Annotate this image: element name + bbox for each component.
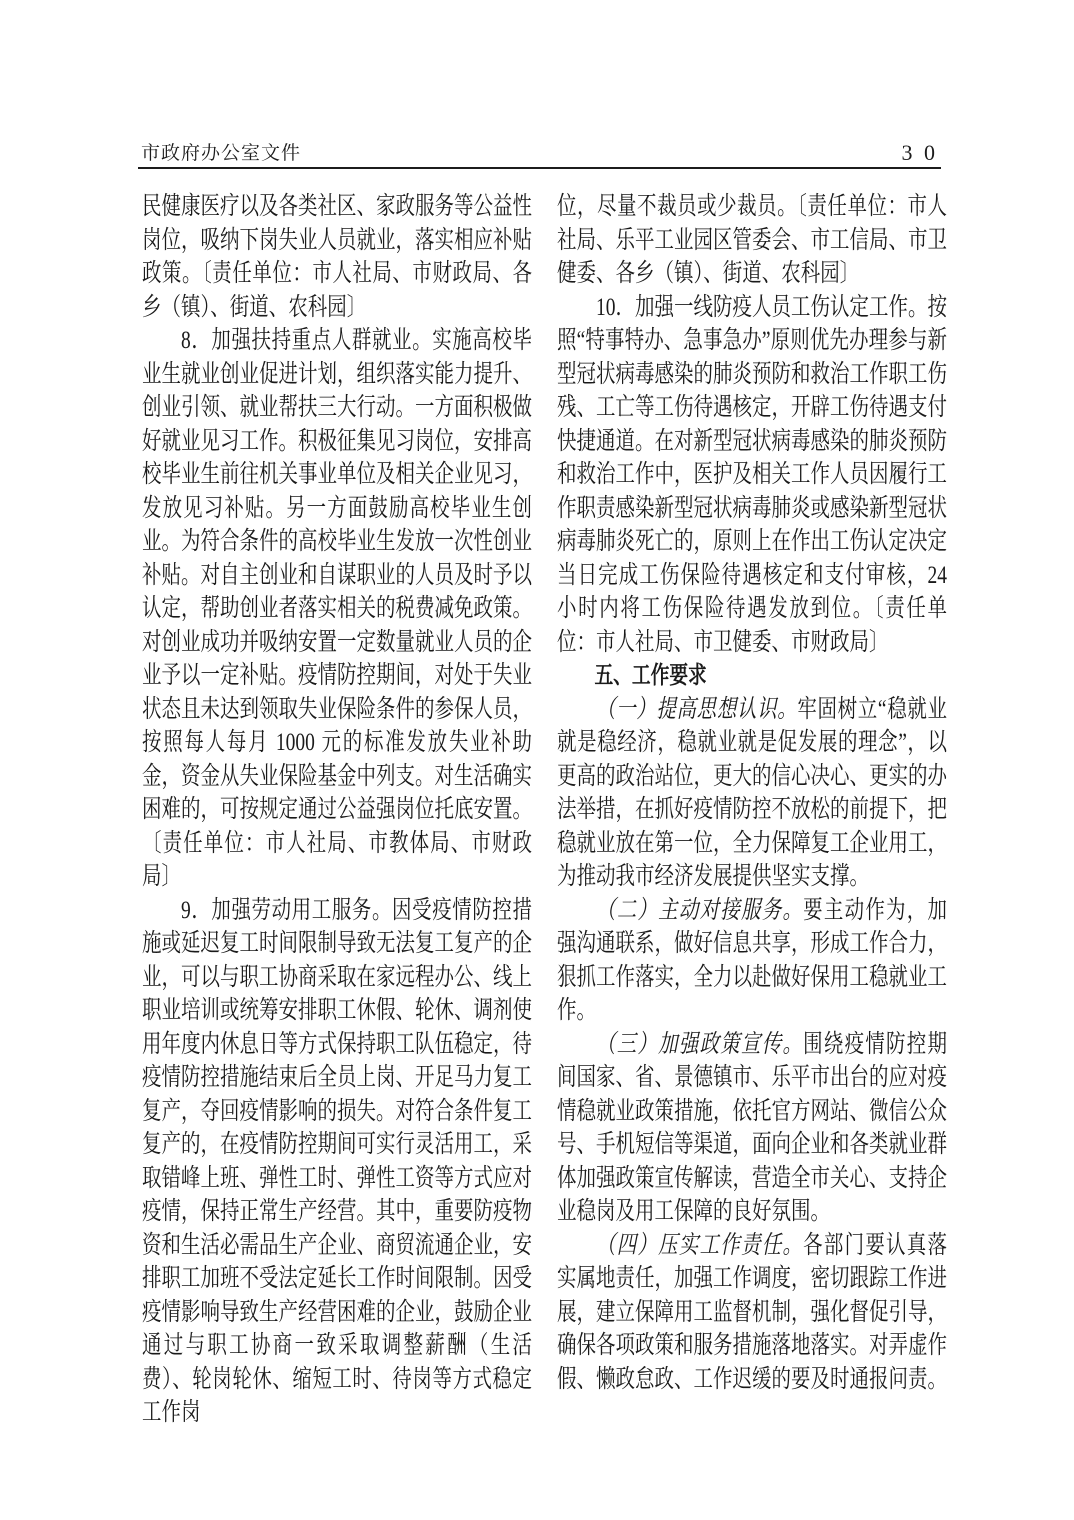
paragraph-text: 围绕疫情防控期间国家、省、景德镇市、乐平市出台的应对疫情稳就业政策措施，依托官方… [557, 1031, 947, 1226]
document-body: 民健康医疗以及各类社区、家政服务等公益性岗位，吸纳下岗失业人员就业，落实相应补贴… [142, 190, 947, 1390]
paragraph-lead: （四）压实工作责任。 [596, 1232, 803, 1259]
paragraph-item-10: 10．加强一线防疫人员工伤认定工作。按照“特事特办、急事急办”原则优先办理参与新… [557, 291, 947, 660]
paragraph-requirement-2: （二）主动对接服务。要主动作为，加强沟通联系，做好信息共享，形成工作合力，狠抓工… [557, 894, 947, 1028]
page-header: 市政府办公室文件 3 0 [138, 138, 941, 166]
paragraph-lead: （三）加强政策宣传。 [596, 1031, 803, 1058]
paragraph-requirement-3: （三）加强政策宣传。围绕疫情防控期间国家、省、景德镇市、乐平市出台的应对疫情稳就… [557, 1028, 947, 1229]
paragraph-requirement-1: （一）提高思想认识。牢固树立“稳就业就是稳经济，稳就业就是促发展的理念”，以更高… [557, 693, 947, 894]
section-heading-work-requirements: 五、工作要求 [557, 659, 947, 693]
paragraph-item-9: 9．加强劳动用工服务。因受疫情防控措施或延迟复工时间限制导致无法复工复产的企业，… [142, 894, 532, 1430]
paragraph-item-8: 8．加强扶持重点人群就业。实施高校毕业生就业创业促进计划，组织落实能力提升、创业… [142, 324, 532, 894]
page-number: 3 0 [902, 140, 936, 166]
right-column: 位，尽量不裁员或少裁员。〔责任单位：市人社局、乐平工业园区管委会、市工信局、市卫… [557, 190, 947, 1396]
document-page: 市政府办公室文件 3 0 民健康医疗以及各类社区、家政服务等公益性岗位，吸纳下岗… [0, 0, 1074, 1520]
paragraph-requirement-4: （四）压实工作责任。各部门要认真落实属地责任，加强工作调度，密切跟踪工作进展，建… [557, 1229, 947, 1397]
paragraph-lead: （一）提高思想认识。 [596, 696, 797, 723]
paragraph-text: 牢固树立“稳就业就是稳经济，稳就业就是促发展的理念”，以更高的政治站位，更大的信… [557, 696, 947, 891]
paragraph-continuation-right: 位，尽量不裁员或少裁员。〔责任单位：市人社局、乐平工业园区管委会、市工信局、市卫… [557, 190, 947, 291]
paragraph-lead: （二）主动对接服务。 [596, 897, 803, 924]
left-column: 民健康医疗以及各类社区、家政服务等公益性岗位，吸纳下岗失业人员就业，落实相应补贴… [142, 190, 532, 1430]
header-rule [138, 167, 941, 169]
paragraph-continuation: 民健康医疗以及各类社区、家政服务等公益性岗位，吸纳下岗失业人员就业，落实相应补贴… [142, 190, 532, 324]
header-title: 市政府办公室文件 [141, 138, 301, 165]
